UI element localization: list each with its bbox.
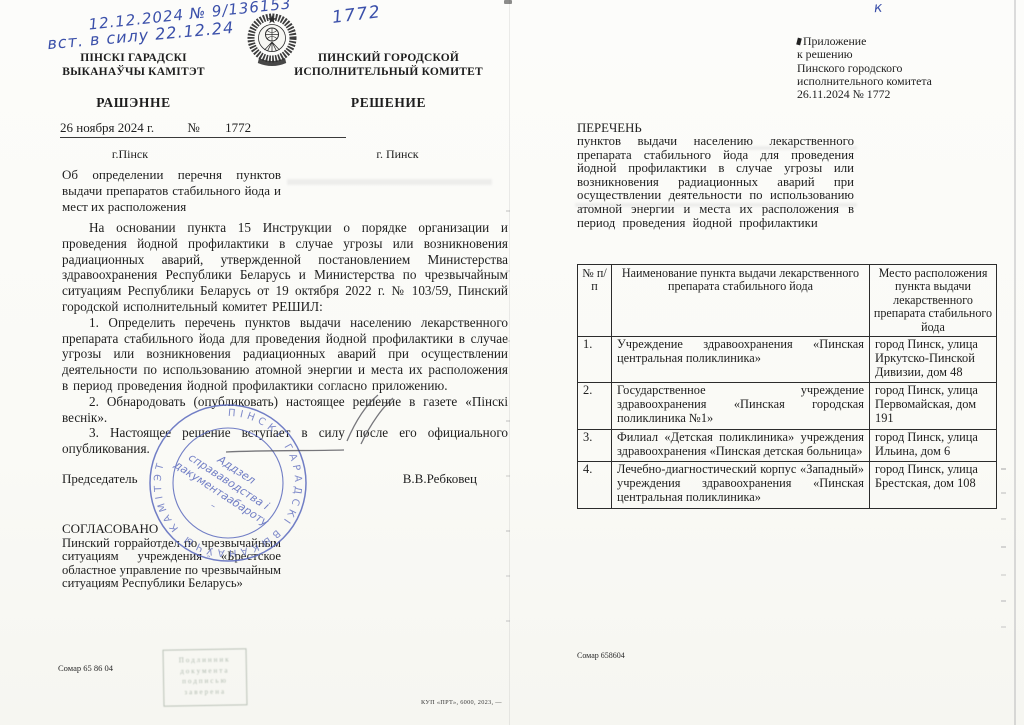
page-edge-line (1014, 0, 1016, 725)
row-number: 4. (578, 462, 612, 508)
row-name: Учреждение здравоохранения «Пинская цент… (612, 337, 870, 383)
row-number: 3. (578, 429, 612, 462)
table-row: 2. Государственное учреждение здравоохра… (578, 383, 997, 429)
row-location: город Пинск, улица Иркутско-Пинской Диви… (870, 337, 997, 383)
faint-certification-stamp: Подлинник документа подписью заверена (163, 648, 248, 706)
scan-smudge (742, 146, 857, 150)
page-fold-line (509, 0, 510, 725)
list-heading-block: ПЕРЕЧЕНЬ пунктов выдачи населению лекарс… (577, 121, 854, 230)
table-row: 4. Лечебно-диагностический корпус «Запад… (578, 462, 997, 508)
ink-blot (796, 38, 802, 46)
row-name: Государственное учреждение здравоохранен… (612, 383, 870, 429)
table-header-row: № п/п Наименование пункта выдачи лекарст… (578, 265, 997, 337)
appendix-line: исполнительного комитета (797, 75, 1012, 88)
col-header-location: Место расположения пункта выдачи лекарст… (870, 265, 997, 337)
col-header-name: Наименование пункта выдачи лекарственног… (612, 265, 870, 337)
table-row: 1. Учреждение здравоохранения «Пинская ц… (578, 337, 997, 383)
table-row: 3. Филиал «Детская поликлиника» учрежден… (578, 429, 997, 462)
scan-noise (506, 210, 510, 212)
doc-date: 26 ноября 2024 г. (60, 120, 154, 135)
row-name: Лечебно-диагностический корпус «Западный… (612, 462, 870, 508)
scan-noise (1001, 468, 1006, 470)
row-location: город Пинск, улица Ильина, дом 6 (870, 429, 997, 462)
appendix-line: 26.11.2024 № 1772 (797, 88, 1012, 101)
signature-name: В.В.Ребковец (403, 471, 477, 487)
col-header-number: № п/п (578, 265, 612, 337)
row-location: город Пинск, улица Брестская, дом 108 (870, 462, 997, 508)
appendix-line: Приложение (803, 34, 866, 48)
signature-title: Председатель (62, 471, 138, 487)
svg-text:–: – (208, 501, 218, 512)
handwritten-doc-number: 1772 (331, 2, 382, 28)
handwritten-mark-k: к (873, 0, 883, 16)
footer-code-left: Сомар 65 86 04 (58, 663, 113, 673)
scan-smudge (575, 203, 857, 207)
scanned-document: 12.12.2024 № 9/136153 вст. в силу 22.12.… (0, 0, 1024, 725)
row-location: город Пинск, улица Первомайская, дом 191 (870, 383, 997, 429)
doc-number: 1772 (225, 120, 251, 135)
doc-type-russian: РЕШЕНИЕ (286, 95, 491, 111)
appendix-line: Пинского городского (797, 62, 1012, 75)
org-name-belarusian: ПІНСКІ ГАРАДСКІ ВЫКАНАЎЧЫ КАМІТЭТ (36, 52, 231, 79)
footer-code-right: Сомар 658604 (577, 651, 625, 660)
place-russian: г. Пинск (330, 147, 465, 162)
body-paragraph: 1. Определить перечень пунктов выдачи на… (62, 315, 508, 394)
place-belarusian: г.Пінск (60, 147, 200, 162)
appendix-heading: Приложение к решению Пинского городского… (797, 35, 1012, 101)
subject-text: Об определении перечня пунктов выдачи пр… (62, 167, 281, 215)
row-name: Филиал «Детская поликлиника» учреждения … (612, 429, 870, 462)
scan-edge-mark (504, 0, 512, 4)
number-sign: № (187, 120, 199, 135)
row-number: 2. (578, 383, 612, 429)
list-title: ПЕРЕЧЕНЬ (577, 121, 854, 135)
date-number-line: 26 ноября 2024 г. № 1772 (60, 120, 346, 138)
row-number: 1. (578, 337, 612, 383)
body-paragraph: На основании пункта 15 Инструкции о поря… (62, 220, 508, 315)
print-reference: КУП «ПРТ», 6000, 2023, — (421, 699, 502, 706)
points-table: № п/п Наименование пункта выдачи лекарст… (577, 264, 997, 509)
round-office-stamp: ПІНСКІ ГАРАДСКІ ВЫКАНАЎЧЫ КАМІТЭТ Аддзел… (143, 398, 313, 568)
doc-type-belarusian: РАШЭННЕ (36, 95, 231, 111)
scan-smudge (287, 179, 492, 185)
appendix-line: к решению (797, 48, 1012, 61)
org-name-russian: ПИНСКИЙ ГОРОДСКОЙ ИСПОЛНИТЕЛЬНЫЙ КОМИТЕТ (286, 52, 491, 79)
